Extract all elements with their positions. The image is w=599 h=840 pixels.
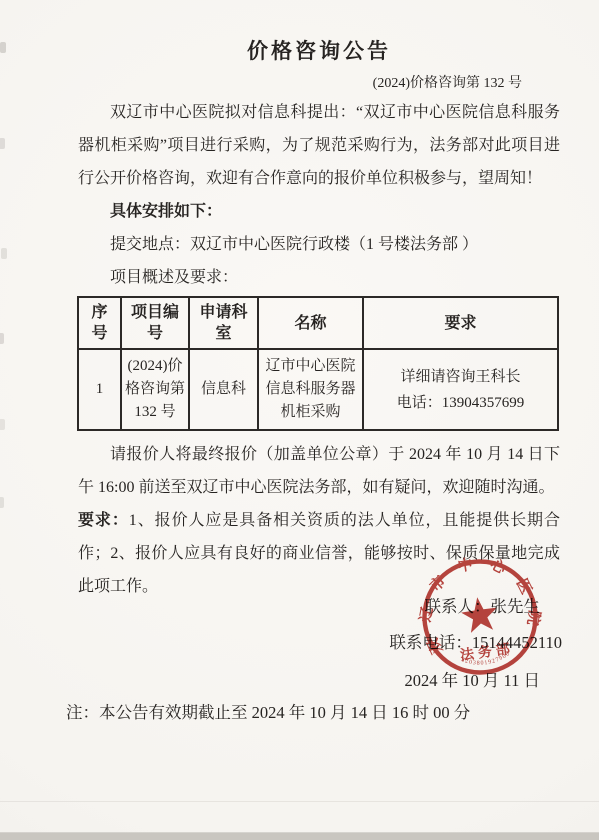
project-table: 序号 项目编号 申请科室 名称 要求 1 (2024)价格咨询第 132 号 信… bbox=[77, 296, 559, 431]
table-header-row: 序号 项目编号 申请科室 名称 要求 bbox=[78, 297, 558, 349]
requirements-label: 要求： bbox=[78, 512, 129, 529]
submit-location: 提交地点：双辽市中心医院行政楼（1 号楼法务部 ） bbox=[78, 228, 560, 261]
official-stamp: 双辽市中心医院 法务部 2203801927906 bbox=[408, 545, 553, 690]
column-header-project-no: 项目编号 bbox=[121, 297, 189, 349]
cell-project-no: (2024)价格咨询第 132 号 bbox=[121, 349, 189, 430]
column-header-requirement: 要求 bbox=[363, 297, 558, 349]
requirement-line-2: 电话：13904357699 bbox=[367, 390, 554, 416]
validity-note: 注：本公告有效期截止至 2024 年 10 月 14 日 16 时 00 分 bbox=[66, 699, 470, 723]
column-header-department: 申请科室 bbox=[189, 297, 258, 349]
cell-requirement: 详细请咨询王科长 电话：13904357699 bbox=[363, 349, 558, 430]
closing-paragraph: 请报价人将最终报价（加盖单位公章）于 2024 年 10 月 14 日下午 16… bbox=[78, 438, 560, 504]
scan-artifacts bbox=[0, 42, 6, 53]
doc-number: (2024)价格咨询第 132 号 bbox=[78, 72, 560, 96]
scanned-document-page: 价格咨询公告 (2024)价格咨询第 132 号 双辽市中心医院拟对信息科提出：… bbox=[0, 0, 599, 840]
intro-paragraph: 双辽市中心医院拟对信息科提出：“双辽市中心医院信息科服务器机柜采购”项目进行采购… bbox=[78, 96, 560, 195]
arrangement-heading: 具体安排如下： bbox=[78, 195, 560, 228]
scan-line-artifact bbox=[0, 801, 599, 802]
table-row: 1 (2024)价格咨询第 132 号 信息科 辽市中心医院信息科服务器机柜采购… bbox=[78, 349, 558, 430]
cell-name: 辽市中心医院信息科服务器机柜采购 bbox=[258, 349, 363, 430]
page-title: 价格咨询公告 bbox=[78, 36, 560, 66]
document-content: 价格咨询公告 (2024)价格咨询第 132 号 双辽市中心医院拟对信息科提出：… bbox=[78, 36, 560, 603]
column-header-seq: 序号 bbox=[78, 297, 121, 349]
stamp-star-icon bbox=[459, 595, 500, 634]
overview-heading: 项目概述及要求： bbox=[78, 261, 560, 294]
cell-department: 信息科 bbox=[189, 349, 258, 430]
column-header-name: 名称 bbox=[258, 297, 363, 349]
cell-seq: 1 bbox=[78, 349, 121, 430]
requirement-line-1: 详细请咨询王科长 bbox=[367, 364, 554, 390]
